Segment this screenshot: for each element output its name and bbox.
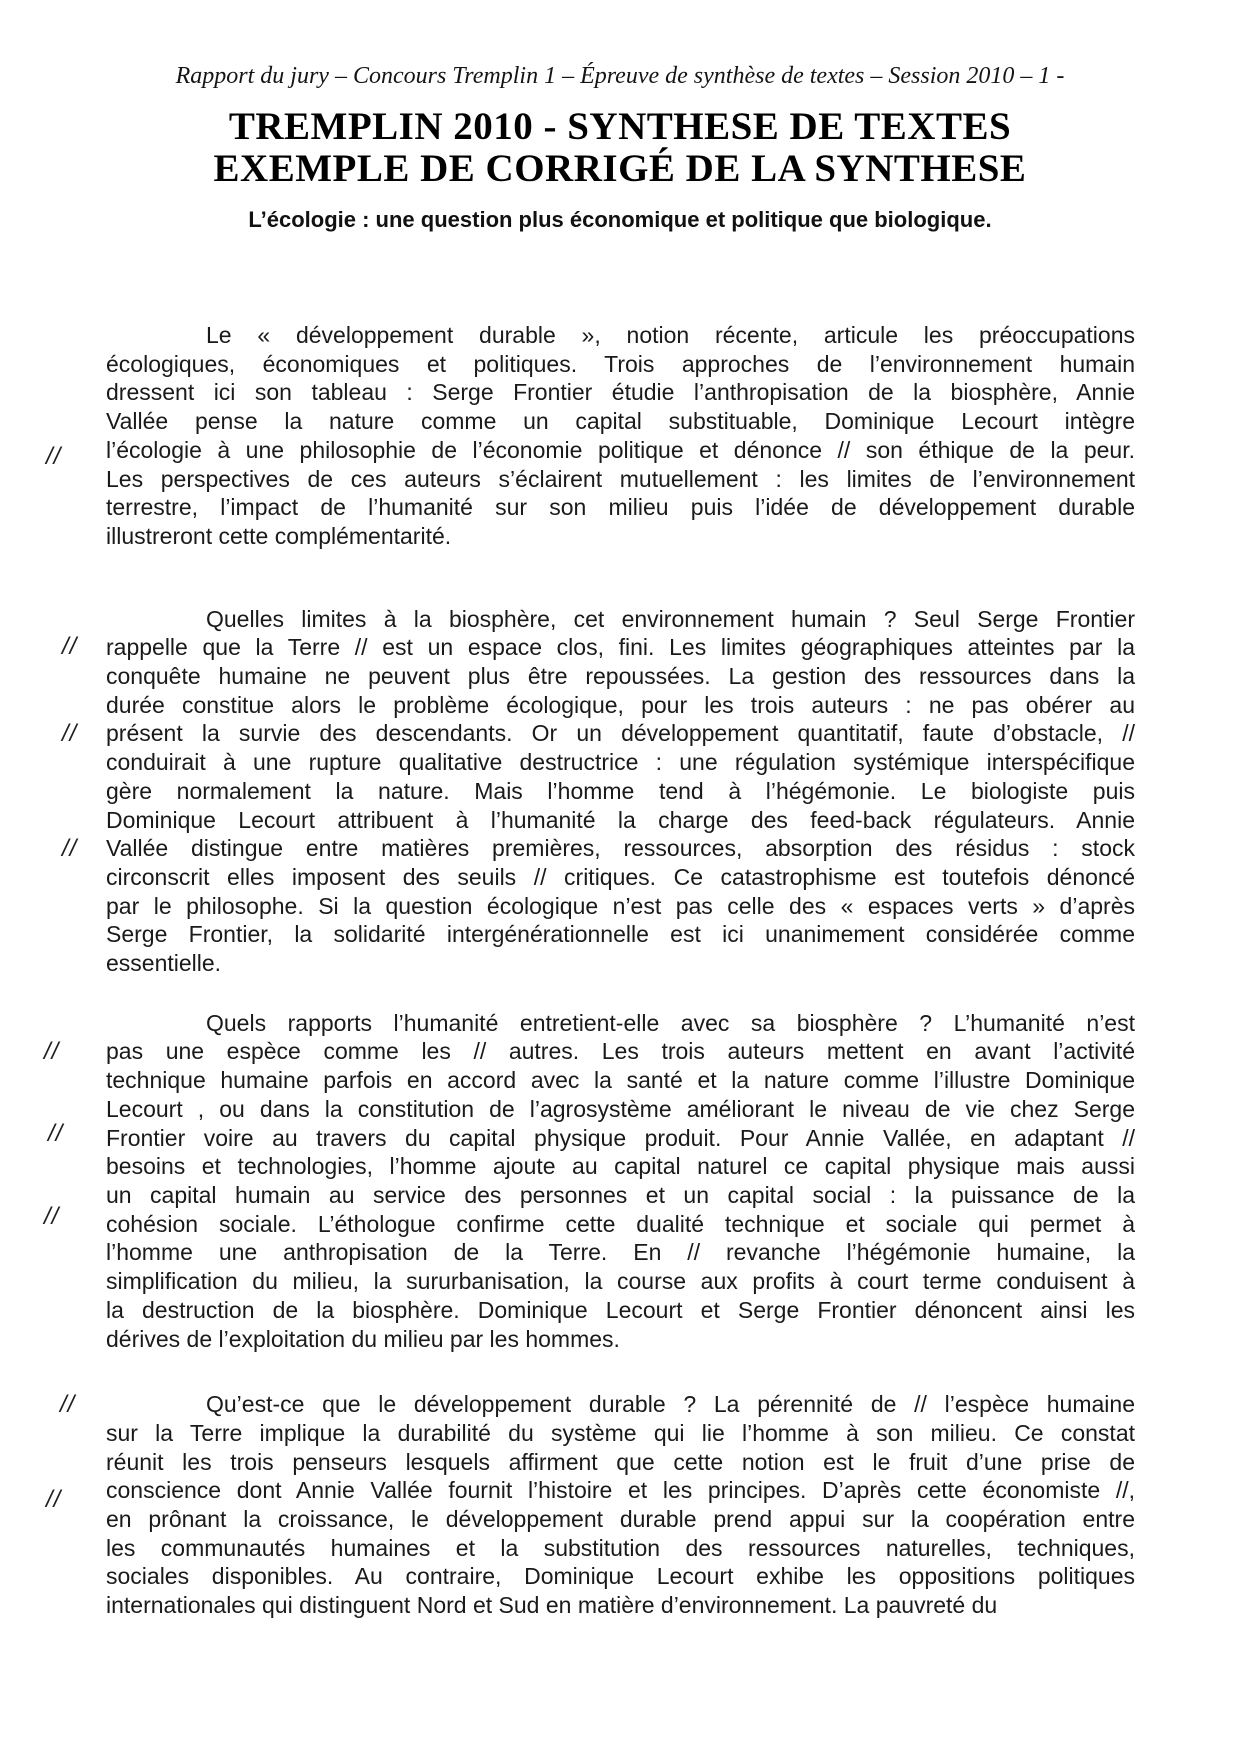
text-line: rappelle que la Terre // est un espace c… <box>106 633 1135 662</box>
text-line: en prônant la croissance, le développeme… <box>106 1505 1135 1534</box>
text-line: par le philosophe. Si la question écolog… <box>106 892 1135 921</box>
text-line: technique humaine parfois en accord avec… <box>106 1066 1135 1095</box>
page-break-mark: // <box>46 444 61 470</box>
text-line: conduirait à une rupture qualitative des… <box>106 748 1135 777</box>
text-line: Vallée distingue entre matières première… <box>106 834 1135 863</box>
paragraph: Quels rapports l’humanité entretient-ell… <box>106 1009 1135 1353</box>
text-line: Qu’est-ce que le développement durable ?… <box>106 1390 1135 1419</box>
document-subtitle: L’écologie : une question plus économiqu… <box>0 207 1240 233</box>
text-line: dérives de l’exploitation du milieu par … <box>106 1325 1135 1354</box>
page-break-mark: // <box>62 634 77 660</box>
text-line: sociales disponibles. Au contraire, Domi… <box>106 1562 1135 1591</box>
text-line: la destruction de la biosphère. Dominiqu… <box>106 1296 1135 1325</box>
text-line: Frontier voire au travers du capital phy… <box>106 1124 1135 1153</box>
text-line: cohésion sociale. L’éthologue confirme c… <box>106 1210 1135 1239</box>
page-break-mark: // <box>46 1487 61 1513</box>
text-line: sur la Terre implique la durabilité du s… <box>106 1419 1135 1448</box>
body-text: Le « développement durable », notion réc… <box>106 321 1135 1620</box>
text-line: Le « développement durable », notion réc… <box>106 321 1135 350</box>
text-line: circonscrit elles imposent des seuils //… <box>106 863 1135 892</box>
text-line: besoins et technologies, l’homme ajoute … <box>106 1152 1135 1181</box>
text-line: gère normalement la nature. Mais l’homme… <box>106 777 1135 806</box>
text-line: Dominique Lecourt attribuent à l’humanit… <box>106 806 1135 835</box>
text-line: conscience dont Annie Vallée fournit l’h… <box>106 1476 1135 1505</box>
text-line: l’écologie à une philosophie de l’économ… <box>106 436 1135 465</box>
document-title-line-1: TREMPLIN 2010 - SYNTHESE DE TEXTES <box>0 106 1240 148</box>
paragraph: Le « développement durable », notion réc… <box>106 321 1135 551</box>
page-break-mark: // <box>48 1121 63 1147</box>
paragraph: Qu’est-ce que le développement durable ?… <box>106 1390 1135 1620</box>
text-line: Vallée pense la nature comme un capital … <box>106 407 1135 436</box>
text-line: internationales qui distinguent Nord et … <box>106 1591 1135 1620</box>
text-line: conquête humaine ne peuvent plus être re… <box>106 662 1135 691</box>
text-line: Serge Frontier, la solidarité intergénér… <box>106 920 1135 949</box>
text-line: l’homme une anthropisation de la Terre. … <box>106 1238 1135 1267</box>
text-line: présent la survie des descendants. Or un… <box>106 719 1135 748</box>
page-break-mark: // <box>44 1039 59 1065</box>
text-line: réunit les trois penseurs lesquels affir… <box>106 1448 1135 1477</box>
page-break-mark: // <box>44 1204 59 1230</box>
page-break-mark: // <box>62 721 77 747</box>
paragraph: Quelles limites à la biosphère, cet envi… <box>106 605 1135 978</box>
text-line: essentielle. <box>106 949 1135 978</box>
text-line: les communautés humaines et la substitut… <box>106 1534 1135 1563</box>
text-line: Lecourt , ou dans la constitution de l’a… <box>106 1095 1135 1124</box>
text-line: un capital humain au service des personn… <box>106 1181 1135 1210</box>
text-line: illustreront cette complémentarité. <box>106 522 1135 551</box>
page-break-mark: // <box>60 1392 75 1418</box>
text-line: dressent ici son tableau : Serge Frontie… <box>106 378 1135 407</box>
text-line: Quelles limites à la biosphère, cet envi… <box>106 605 1135 634</box>
document-title: TREMPLIN 2010 - SYNTHESE DE TEXTES EXEMP… <box>0 106 1240 190</box>
text-line: terrestre, l’impact de l’humanité sur so… <box>106 493 1135 522</box>
text-line: Quels rapports l’humanité entretient-ell… <box>106 1009 1135 1038</box>
text-line: simplification du milieu, la sururbanisa… <box>106 1267 1135 1296</box>
document-page: Rapport du jury – Concours Tremplin 1 – … <box>0 0 1240 1754</box>
running-header: Rapport du jury – Concours Tremplin 1 – … <box>0 63 1240 90</box>
text-line: pas une espèce comme les // autres. Les … <box>106 1037 1135 1066</box>
text-line: durée constitue alors le problème écolog… <box>106 691 1135 720</box>
document-title-line-2: EXEMPLE DE CORRIGÉ DE LA SYNTHESE <box>0 148 1240 190</box>
text-line: Les perspectives de ces auteurs s’éclair… <box>106 465 1135 494</box>
text-line: écologiques, économiques et politiques. … <box>106 350 1135 379</box>
page-break-mark: // <box>62 836 77 862</box>
